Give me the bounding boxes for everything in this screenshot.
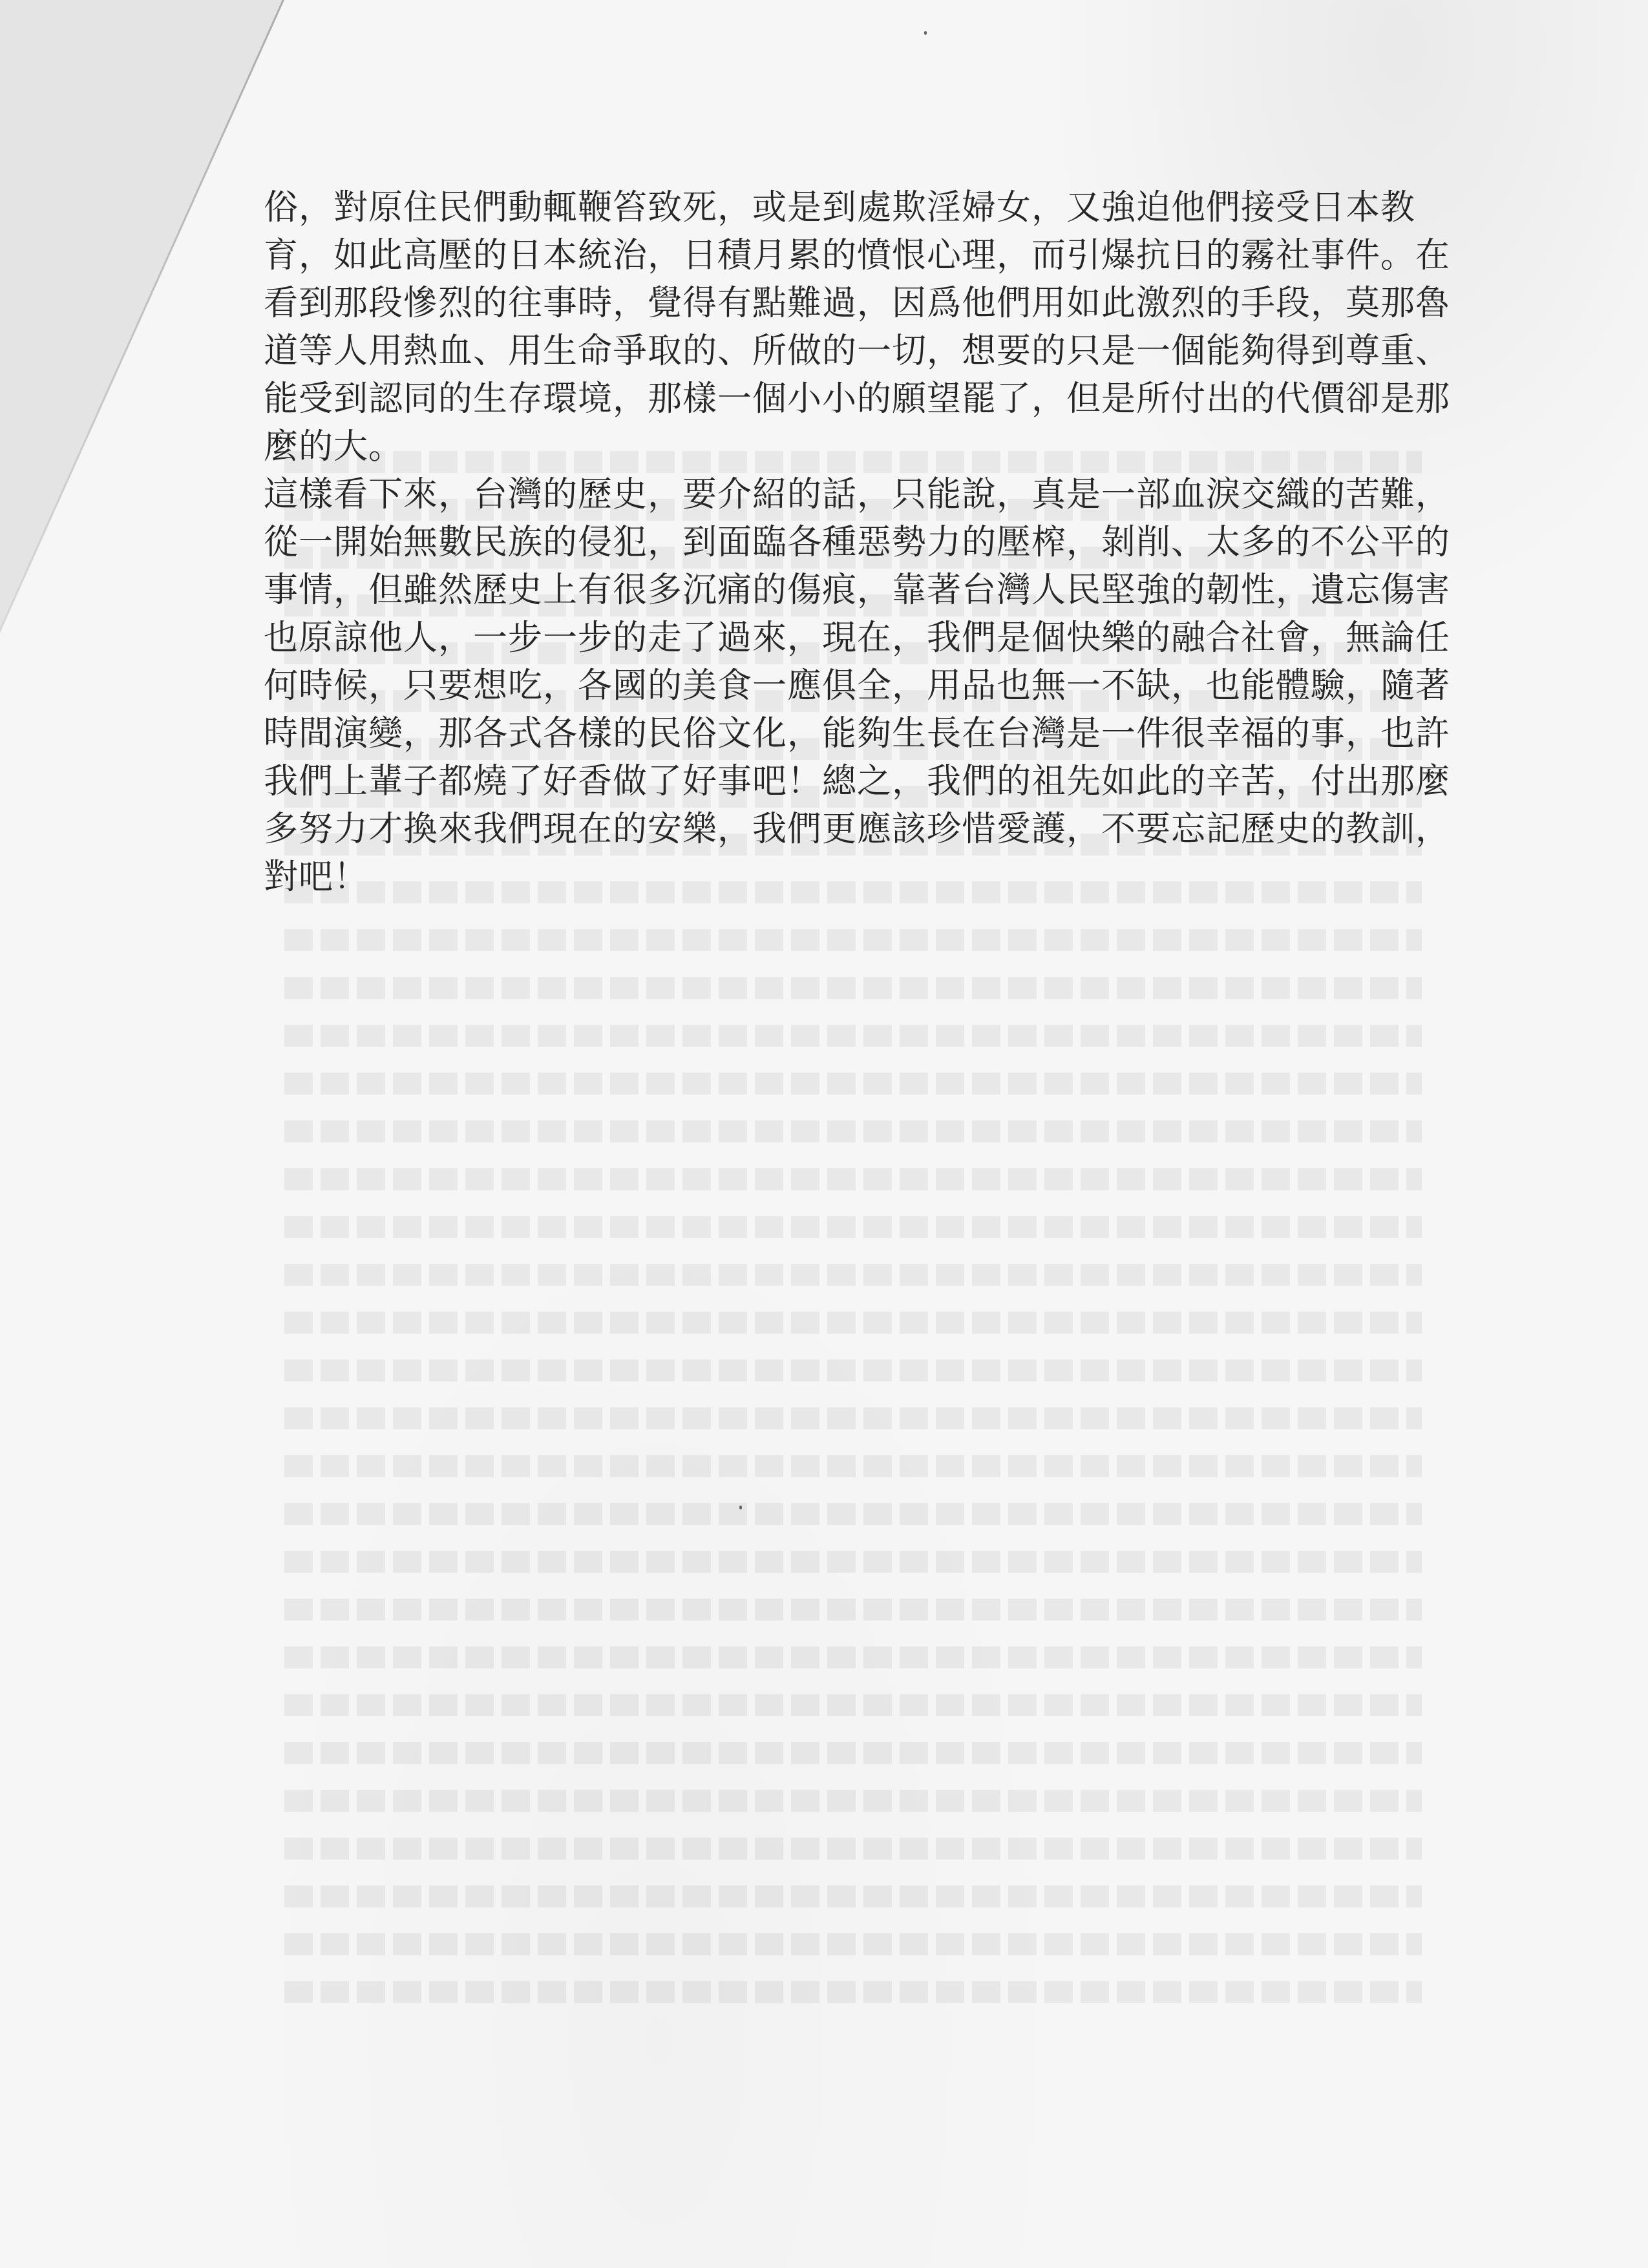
text-line: 麼的大。: [264, 423, 1421, 471]
text-line: 也原諒他人，一步一步的走了過來，現在，我們是個快樂的融合社會，無論任: [264, 614, 1421, 662]
paper-speck: [924, 31, 927, 35]
text-line: 從一開始無數民族的侵犯，到面臨各種惡勢力的壓榨，剝削、太多的不公平的: [264, 519, 1421, 567]
text-line: 時間演變，那各式各樣的民俗文化，能夠生長在台灣是一件很幸福的事，也許: [264, 710, 1421, 758]
paragraph-2: 這樣看下來，台灣的歷史，要介紹的話，只能說，真是一部血淚交織的苦難， 從一開始無…: [264, 471, 1421, 901]
paragraph-1: 俗，對原住民們動輒鞭笞致死，或是到處欺淫婦女，又強迫他們接受日本教 育，如此高壓…: [264, 184, 1421, 471]
text-line: 事情，但雖然歷史上有很多沉痛的傷痕，靠著台灣人民堅強的韌性，遺忘傷害: [264, 567, 1421, 614]
text-line: 何時候，只要想吃，各國的美食一應俱全，用品也無一不缺，也能體驗，隨著: [264, 662, 1421, 710]
text-line: 對吧！: [264, 854, 1421, 901]
text-line: 多努力才換來我們現在的安樂，我們更應該珍惜愛護，不要忘記歷史的教訓，: [264, 806, 1421, 854]
paper-speck: [739, 1506, 742, 1509]
text-line: 這樣看下來，台灣的歷史，要介紹的話，只能說，真是一部血淚交織的苦難，: [264, 471, 1421, 519]
text-line: 育，如此高壓的日本統治，日積月累的憤恨心理，而引爆抗日的霧社事件。在: [264, 232, 1421, 280]
text-line: 我們上輩子都燒了好香做了好事吧！總之，我們的祖先如此的辛苦，付出那麼: [264, 758, 1421, 806]
text-line: 能受到認同的生存環境，那樣一個小小的願望罷了，但是所付出的代價卻是那: [264, 375, 1421, 423]
text-line: 看到那段慘烈的往事時，覺得有點難過，因爲他們用如此激烈的手段，莫那魯: [264, 280, 1421, 328]
essay-body: 俗，對原住民們動輒鞭笞致死，或是到處欺淫婦女，又強迫他們接受日本教 育，如此高壓…: [264, 184, 1421, 901]
text-line: 俗，對原住民們動輒鞭笞致死，或是到處欺淫婦女，又強迫他們接受日本教: [264, 184, 1421, 232]
text-line: 道等人用熱血、用生命爭取的、所做的一切，想要的只是一個能夠得到尊重、: [264, 328, 1421, 375]
